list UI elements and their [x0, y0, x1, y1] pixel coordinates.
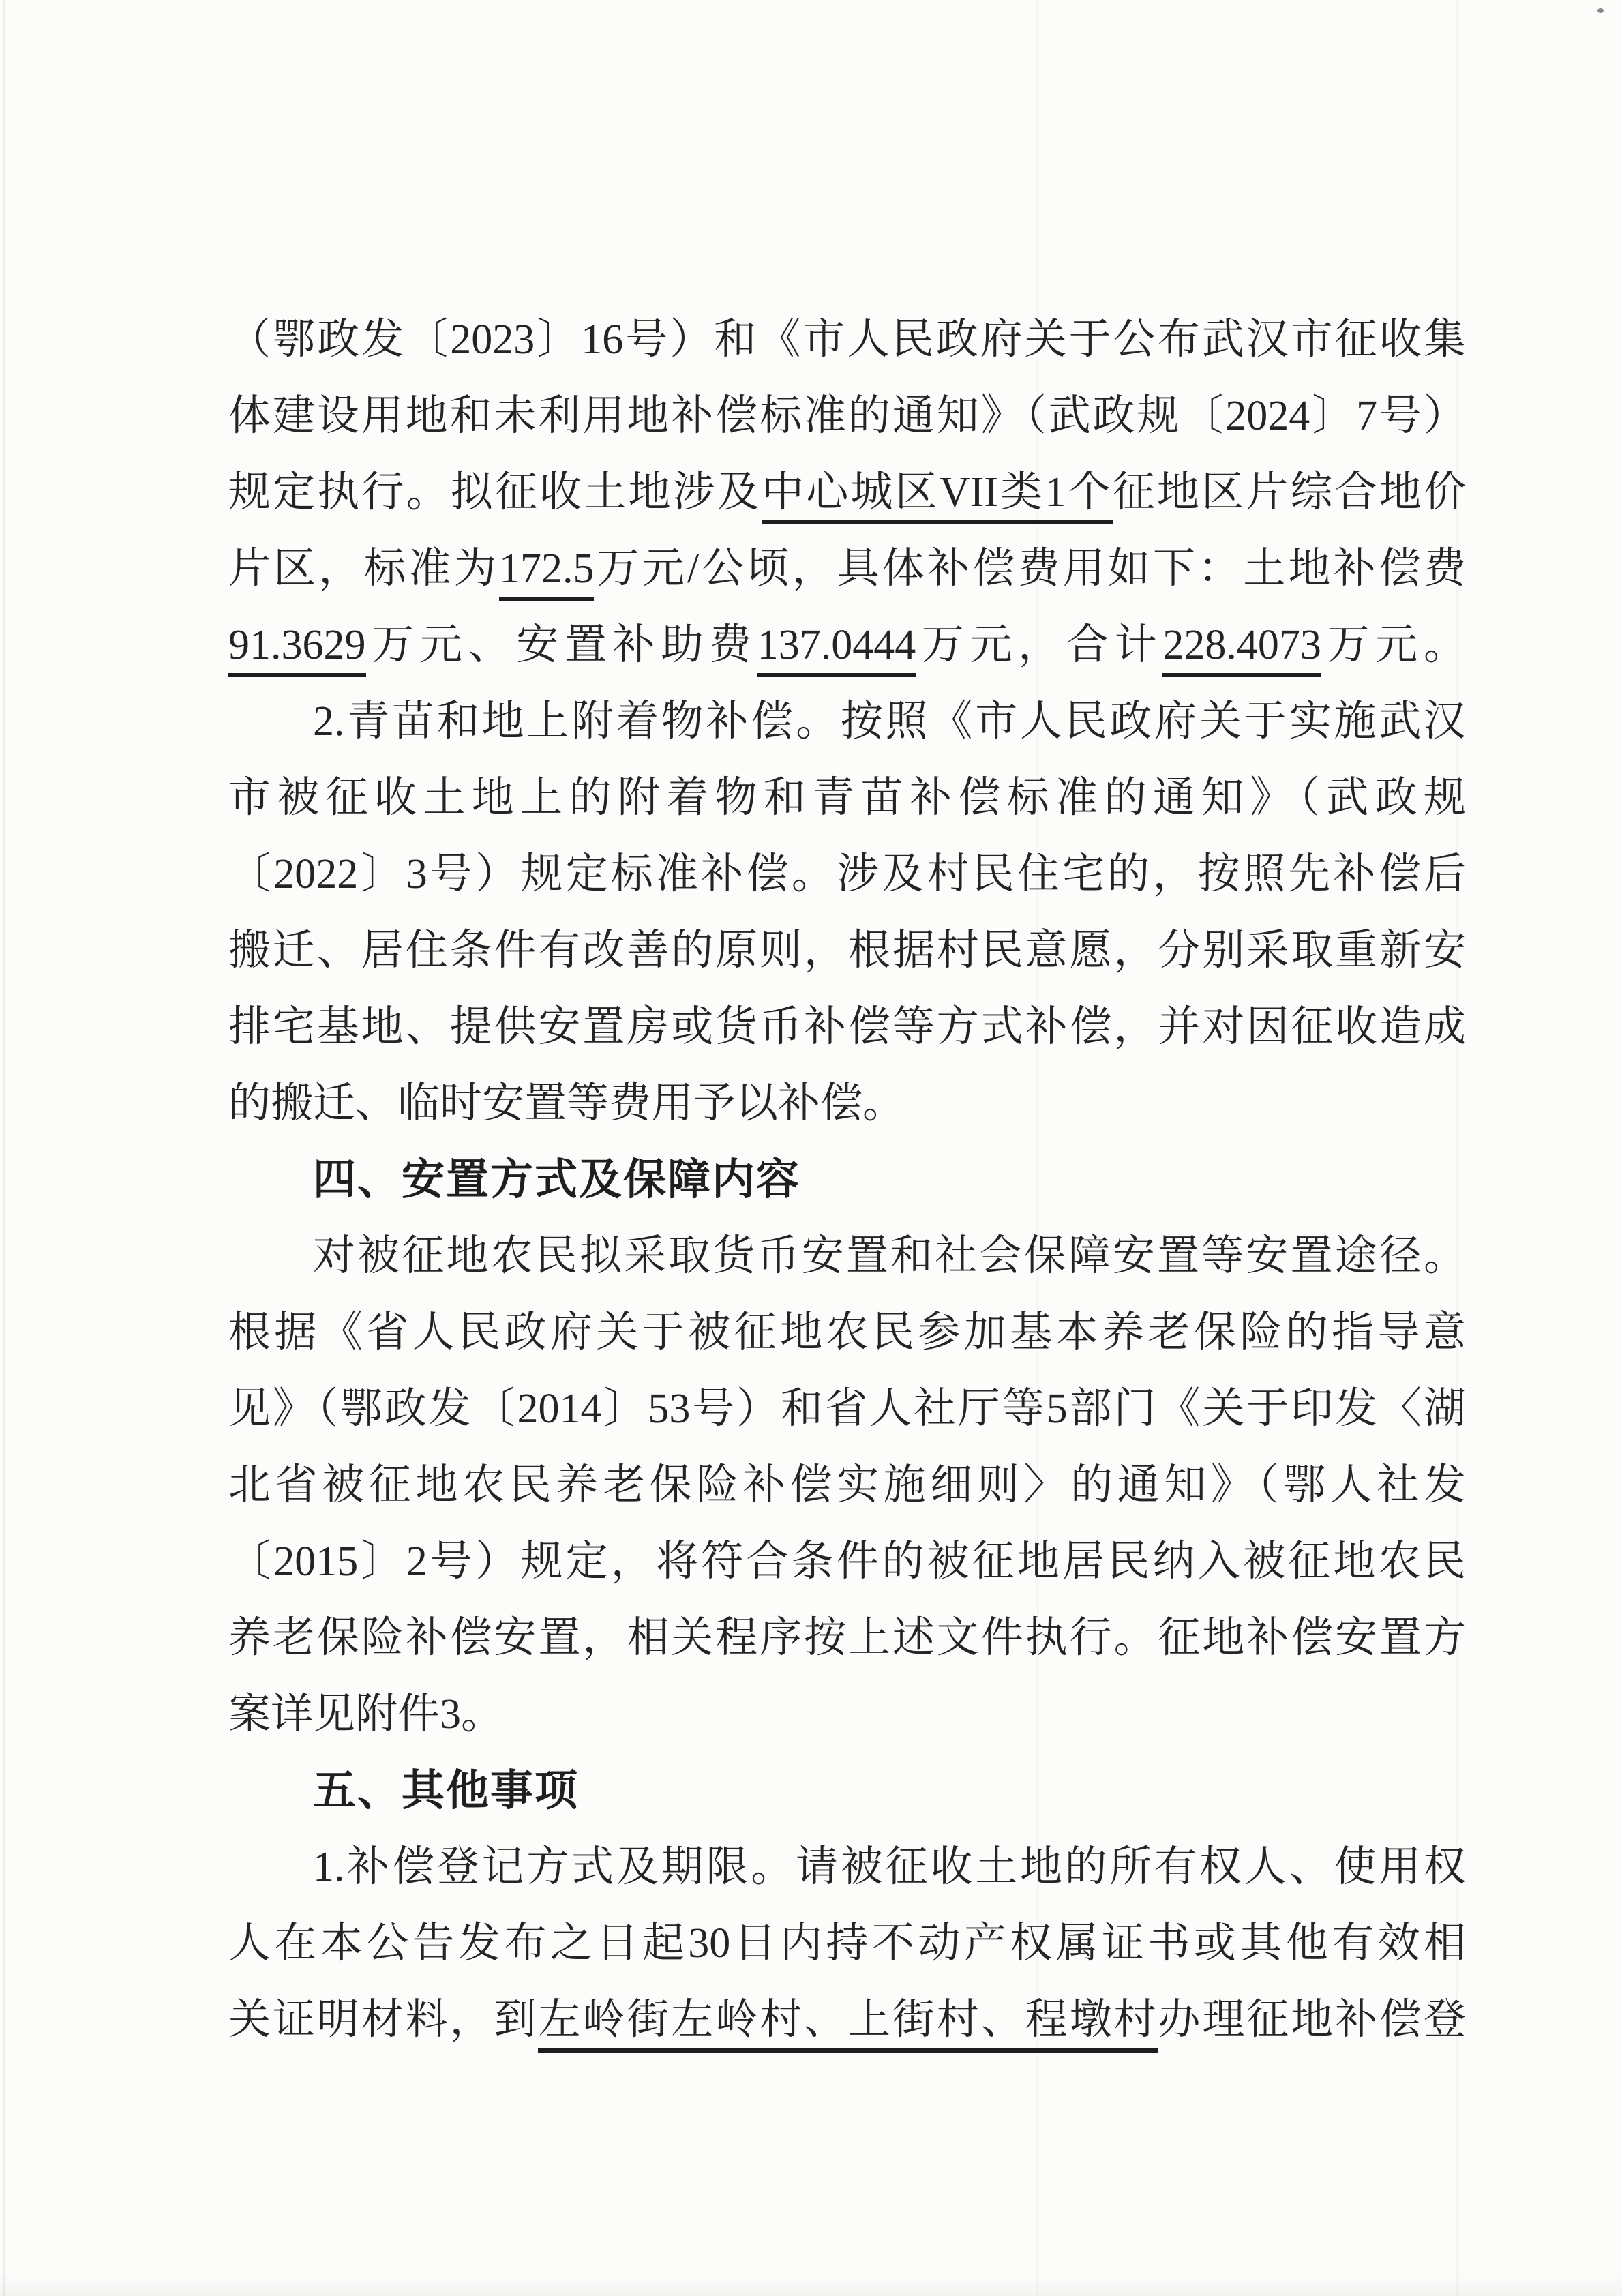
document-text: （鄂政发〔2023〕16号）和《市人民政府关于公布武汉市征收集体建设用地和未利用… — [228, 301, 1466, 2058]
text-segment: 万元/公顷，具体补偿费用如下：土地补偿费 — [594, 546, 1466, 592]
underlined-text: 中心城区VII类1个 — [762, 469, 1113, 524]
text-segment: （鄂政发〔2023〕16号）和《市人民政府关于公布武汉市征收集 — [228, 316, 1466, 363]
text-line: 体建设用地和未利用地补偿标准的通知》（武政规〔2024〕7号） — [228, 378, 1466, 454]
text-segment: 万元，合计 — [916, 622, 1162, 668]
text-line: 养老保险补偿安置，相关程序按上述文件执行。征地补偿安置方 — [228, 1600, 1466, 1676]
underlined-text: 91.3629 — [228, 622, 366, 677]
text-segment: 案详见附件3。 — [228, 1691, 503, 1738]
section-heading: 四、安置方式及保障内容 — [228, 1142, 1466, 1218]
underlined-text: 228.4073 — [1162, 622, 1321, 677]
text-line: 排宅基地、提供安置房或货币补偿等方式补偿，并对因征收造成 — [228, 989, 1466, 1065]
text-segment: 片区，标准为 — [228, 546, 499, 592]
text-line: 人在本公告发布之日起30日内持不动产权属证书或其他有效相 — [228, 1905, 1466, 1982]
text-segment: 见》（鄂政发〔2014〕53号）和省人社厅等5部门《关于印发〈湖 — [228, 1386, 1466, 1432]
text-segment: 1.补偿登记方式及期限。请被征收土地的所有权人、使用权 — [313, 1844, 1466, 1890]
text-line: 案详见附件3。 — [228, 1676, 1466, 1753]
text-segment: 搬迁、居住条件有改善的原则，根据村民意愿，分别采取重新安 — [228, 927, 1466, 974]
text-line: 91.3629万元、安置补助费137.0444万元，合计228.4073万元。 — [228, 607, 1466, 683]
text-segment: 2.青苗和地上附着物补偿。按照《市人民政府关于实施武汉 — [313, 698, 1466, 745]
text-segment: 的搬迁、临时安置等费用予以补偿。 — [228, 1080, 905, 1127]
text-segment: 万元。 — [1321, 622, 1466, 668]
text-line: 北省被征地农民养老保险补偿实施细则〉的通知》（鄂人社发 — [228, 1447, 1466, 1523]
text-line: 〔2022〕3号）规定标准补偿。涉及村民住宅的，按照先补偿后 — [228, 836, 1466, 912]
text-segment: 排宅基地、提供安置房或货币补偿等方式补偿，并对因征收造成 — [228, 1004, 1466, 1050]
text-segment: 五、其他事项 — [313, 1767, 579, 1815]
text-segment: 四、安置方式及保障内容 — [313, 1156, 800, 1204]
text-segment: 市被征收土地上的附着物和青苗补偿标准的通知》（武政规 — [228, 775, 1466, 821]
text-segment: 办理征地补偿登 — [1158, 1997, 1466, 2043]
underlined-text: 左岭街左岭村、上街村、程墩村 — [538, 1997, 1158, 2053]
text-segment: 关证明材料，到 — [228, 1997, 538, 2043]
text-segment: 征地区片综合地价 — [1113, 469, 1466, 516]
scanned-document-page: （鄂政发〔2023〕16号）和《市人民政府关于公布武汉市征收集体建设用地和未利用… — [0, 0, 1622, 2296]
text-line: 搬迁、居住条件有改善的原则，根据村民意愿，分别采取重新安 — [228, 912, 1466, 989]
text-line: 市被征收土地上的附着物和青苗补偿标准的通知》（武政规 — [228, 760, 1466, 836]
text-line: （鄂政发〔2023〕16号）和《市人民政府关于公布武汉市征收集 — [228, 301, 1466, 378]
text-segment: 规定执行。拟征收土地涉及 — [228, 469, 762, 516]
text-segment: 北省被征地农民养老保险补偿实施细则〉的通知》（鄂人社发 — [228, 1462, 1466, 1508]
text-line: 〔2015〕2号）规定，将符合条件的被征地居民纳入被征地农民 — [228, 1523, 1466, 1600]
page-left-edge-artifact — [3, 0, 5, 2296]
text-segment: 体建设用地和未利用地补偿标准的通知》（武政规〔2024〕7号） — [228, 393, 1466, 439]
text-line: 根据《省人民政府关于被征地农民参加基本养老保险的指导意 — [228, 1294, 1466, 1371]
page-bottom-shade — [0, 2273, 1622, 2296]
text-segment: 〔2015〕2号）规定，将符合条件的被征地居民纳入被征地农民 — [228, 1538, 1466, 1585]
text-line: 的搬迁、临时安置等费用予以补偿。 — [228, 1065, 1466, 1142]
scan-speck-artifact — [1597, 8, 1604, 13]
text-segment: 根据《省人民政府关于被征地农民参加基本养老保险的指导意 — [228, 1309, 1466, 1356]
text-segment: 〔2022〕3号）规定标准补偿。涉及村民住宅的，按照先补偿后 — [228, 851, 1466, 897]
text-line: 见》（鄂政发〔2014〕53号）和省人社厅等5部门《关于印发〈湖 — [228, 1371, 1466, 1447]
section-heading: 五、其他事项 — [228, 1753, 1466, 1829]
text-line: 对被征地农民拟采取货币安置和社会保障安置等安置途径。 — [228, 1218, 1466, 1294]
text-line: 2.青苗和地上附着物补偿。按照《市人民政府关于实施武汉 — [228, 683, 1466, 760]
text-segment: 人在本公告发布之日起30日内持不动产权属证书或其他有效相 — [228, 1920, 1466, 1967]
text-line: 关证明材料，到左岭街左岭村、上街村、程墩村办理征地补偿登 — [228, 1982, 1466, 2058]
text-line: 片区，标准为172.5万元/公顷，具体补偿费用如下：土地补偿费 — [228, 531, 1466, 607]
text-line: 1.补偿登记方式及期限。请被征收土地的所有权人、使用权 — [228, 1829, 1466, 1905]
text-segment: 对被征地农民拟采取货币安置和社会保障安置等安置途径。 — [313, 1233, 1466, 1279]
underlined-text: 137.0444 — [757, 622, 916, 677]
text-segment: 养老保险补偿安置，相关程序按上述文件执行。征地补偿安置方 — [228, 1615, 1466, 1661]
text-segment: 万元、安置补助费 — [366, 622, 757, 668]
underlined-text: 172.5 — [499, 546, 595, 601]
text-line: 规定执行。拟征收土地涉及中心城区VII类1个征地区片综合地价 — [228, 454, 1466, 531]
